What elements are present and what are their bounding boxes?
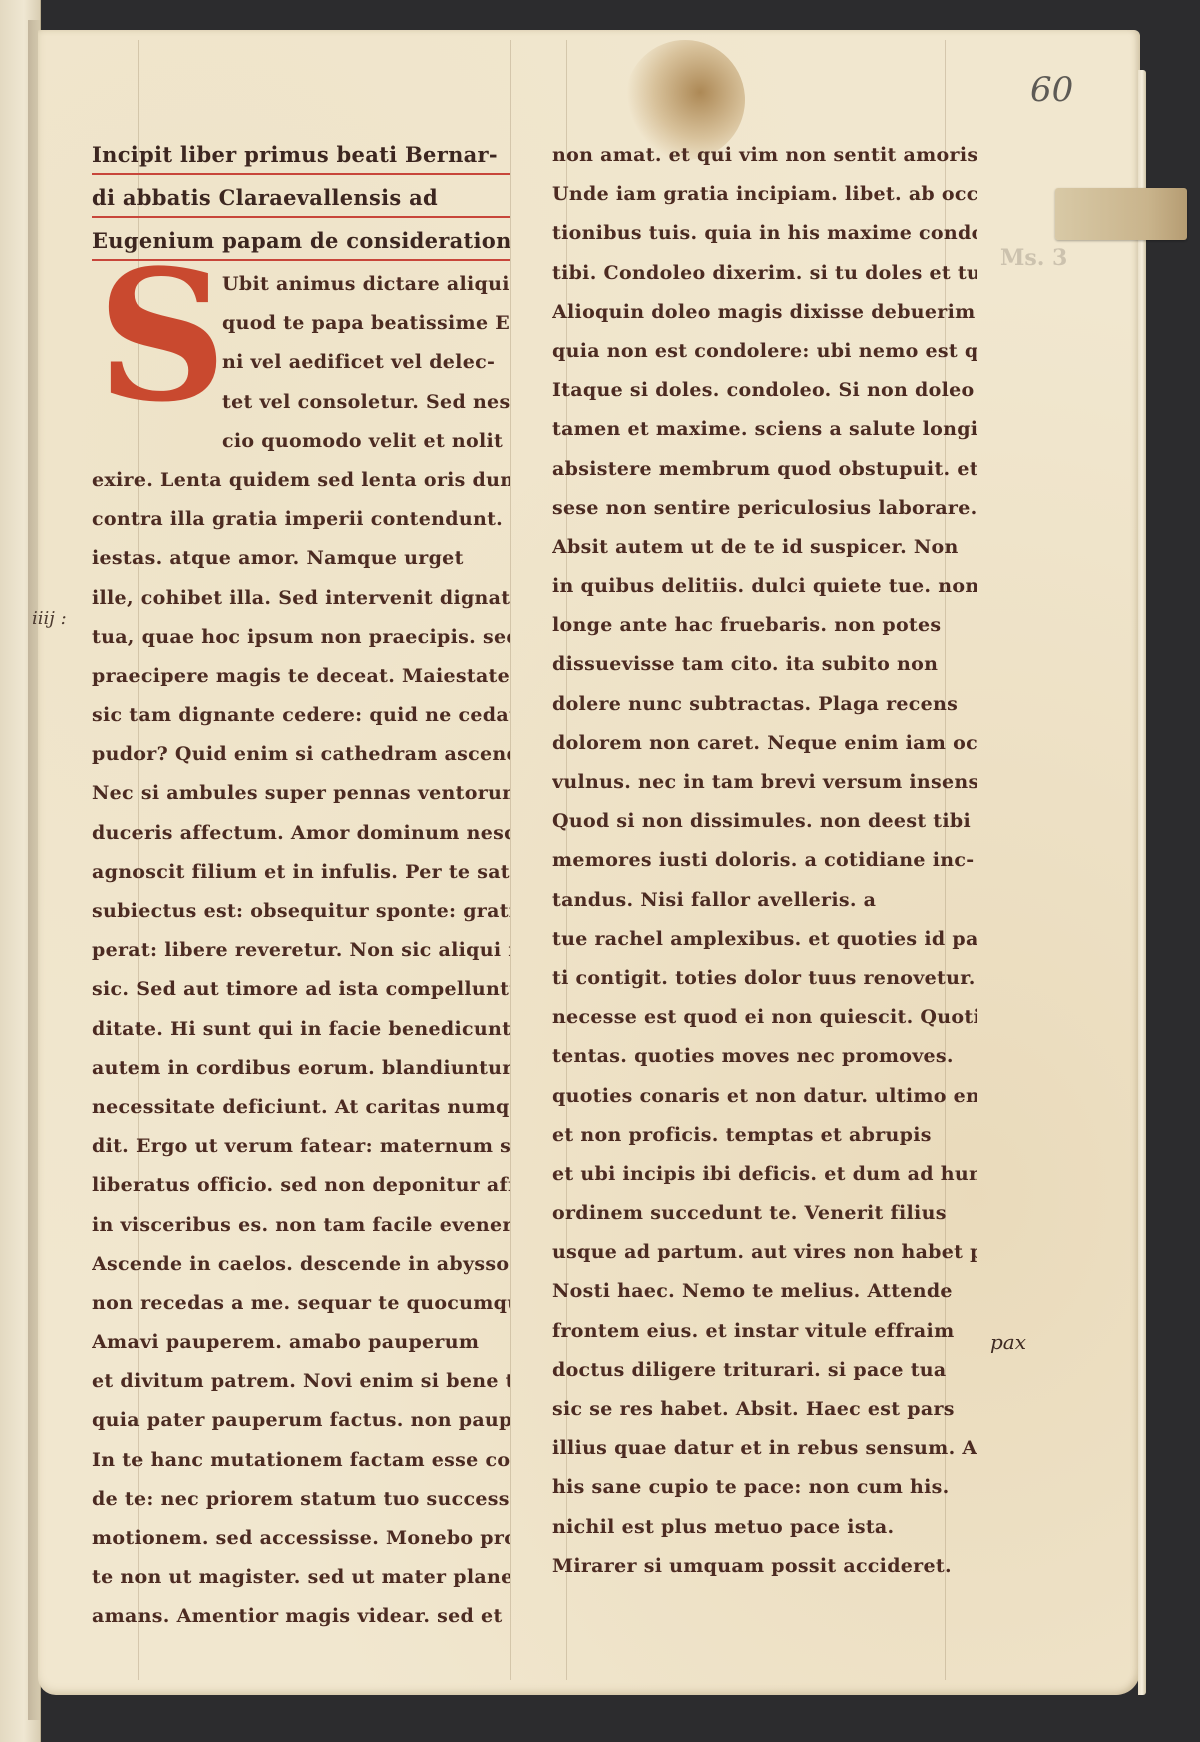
text-line: longe ante hac fruebaris. non potes — [552, 606, 977, 645]
right-column: non amat. et qui vim non sentit amoris. … — [552, 136, 977, 1586]
text-line: exire. Lenta quidem sed lenta oris dum — [92, 461, 510, 500]
text-line: contra illa gratia imperii contendunt. m… — [92, 500, 510, 539]
text-line: dolere nunc subtractas. Plaga recens — [552, 685, 977, 724]
text-line: subiectus est: obsequitur sponte: gratis… — [92, 892, 510, 931]
text-line: Amavi pauperem. amabo pauperum — [92, 1323, 510, 1362]
text-line: In te hanc mutationem factam esse confid… — [92, 1441, 510, 1480]
ghost-shelfmark: Ms. 3 — [1000, 245, 1067, 271]
incipit-title-line: Eugenium papam de consideratione. — [92, 222, 510, 261]
text-line: autem in cordibus eorum. blandiuntur cor… — [92, 1049, 510, 1088]
text-line: necessitate deficiunt. At caritas numqua… — [92, 1088, 510, 1127]
text-line: agnoscit filium et in infulis. Per te sa… — [92, 853, 510, 892]
text-line: et non proficis. temptas et abrupis — [552, 1116, 977, 1155]
text-line: Absit autem ut de te id suspicer. Non — [552, 528, 977, 567]
text-line: et divitum patrem. Novi enim si bene te … — [92, 1362, 510, 1401]
text-line: necesse est quod ei non quiescit. Quotie… — [552, 998, 977, 1037]
text-line: absistere membrum quod obstupuit. et aeg… — [552, 450, 977, 489]
text-line: Ubit animus dictare aliquid — [92, 265, 510, 304]
text-line: Nec si ambules super pennas ventorum sub… — [92, 774, 510, 813]
text-line: quia non est condolere: ubi nemo est qui… — [552, 332, 977, 371]
text-line: liberatus officio. sed non deponitur aff… — [92, 1166, 510, 1205]
text-line: vulnus. nec in tam brevi versum insensib… — [552, 763, 977, 802]
text-line: frontem eius. et instar vitule effraim — [552, 1312, 977, 1351]
lower-margin — [38, 1520, 1140, 1700]
text-line: illius quae datur et in rebus sensum. Ab — [552, 1429, 977, 1468]
text-line: sic. Sed aut timore ad ista compelluntur… — [92, 970, 510, 1009]
folio-number: 60 — [1030, 70, 1073, 110]
text-line: ni vel aedificet vel delec- — [92, 343, 510, 382]
text-line: de te: nec priorem statum tuo successiss… — [92, 1480, 510, 1519]
text-line: dit. Ergo ut verum fatear: maternum sum — [92, 1127, 510, 1166]
text-line: quod te papa beatissime Euge- — [92, 304, 510, 343]
text-line: perat: libere reveretur. Non sic aliqui … — [92, 931, 510, 970]
text-line: Unde iam gratia incipiam. libet. ab occu… — [552, 175, 977, 214]
text-line: in quibus delitiis. dulci quiete tue. no… — [552, 567, 977, 606]
text-line: dolorem non caret. Neque enim iam occall… — [552, 724, 977, 763]
marginal-note-left: iiij : — [32, 608, 67, 629]
left-column: Incipit liber primus beati Bernar- di ab… — [92, 136, 510, 1637]
text-line: tionibus tuis. quia in his maxime condol… — [552, 214, 977, 253]
text-line: Quod si non dissimules. non deest tibi u… — [552, 802, 977, 841]
text-line: tamen et maxime. sciens a salute longius — [552, 410, 977, 449]
text-line: Itaque si doles. condoleo. Si non doleo — [552, 371, 977, 410]
text-line: tandus. Nisi fallor avelleris. a — [552, 881, 977, 920]
text-line: tentas. quoties moves nec promoves. — [552, 1037, 977, 1076]
text-line: tibi. Condoleo dixerim. si tu doles et t… — [552, 254, 977, 293]
text-line: et ubi incipis ibi deficis. et dum ad hu… — [552, 1155, 977, 1194]
text-line: Nosti haec. Nemo te melius. Attende — [552, 1272, 977, 1311]
text-line: Alioquin doleo magis dixisse debuerim. — [552, 293, 977, 332]
text-line: tue rachel amplexibus. et quoties id pa- — [552, 920, 977, 959]
text-line: non recedas a me. sequar te quocumque ie… — [92, 1284, 510, 1323]
text-line: ti contigit. toties dolor tuus renovetur… — [552, 959, 977, 998]
text-line: praecipere magis te deceat. Maiestate — [92, 657, 510, 696]
text-line: doctus diligere triturari. si pace tua — [552, 1351, 977, 1390]
page-fore-edge — [1138, 70, 1146, 1695]
text-line: Ascende in caelos. descende in abyssos. — [92, 1245, 510, 1284]
text-line: ditate. Hi sunt qui in facie benedicunt.… — [92, 1010, 510, 1049]
parchment-tab-marker[interactable] — [1055, 188, 1187, 240]
text-line: pudor? Quid enim si cathedram ascendisti… — [92, 735, 510, 774]
text-line: sic tam dignante cedere: quid ne cedat — [92, 696, 510, 735]
text-line: quia pater pauperum factus. non pauper s… — [92, 1401, 510, 1440]
text-line: cio quomodo velit et nolit — [92, 422, 510, 461]
text-line: tet vel consoletur. Sed nes- — [92, 383, 510, 422]
text-line: ille, cohibet illa. Sed intervenit digna… — [92, 579, 510, 618]
ruling-line — [510, 40, 511, 1680]
text-line: iestas. atque amor. Namque urget — [92, 539, 510, 578]
text-line: non amat. et qui vim non sentit amoris. — [552, 136, 977, 175]
text-line: ordinem succedunt te. Venerit filius — [552, 1194, 977, 1233]
incipit-title-line: Incipit liber primus beati Bernar- — [92, 136, 510, 175]
incipit-title-line: di abbatis Claraevallensis ad — [92, 179, 510, 218]
text-line: dissuevisse tam cito. ita subito non — [552, 645, 977, 684]
marginal-note-pax: pax — [990, 1330, 1026, 1354]
text-line: tua, quae hoc ipsum non praecipis. sed p… — [92, 618, 510, 657]
text-line: sese non sentire periculosius laborare. — [552, 489, 977, 528]
text-line: his sane cupio te pace: non cum his. — [552, 1468, 977, 1507]
text-line: usque ad partum. aut vires non habet par… — [552, 1233, 977, 1272]
text-line: sic se res habet. Absit. Haec est pars — [552, 1390, 977, 1429]
text-line: duceris affectum. Amor dominum nescit. — [92, 814, 510, 853]
text-line: quoties conaris et non datur. ultimo eni… — [552, 1077, 977, 1116]
text-line: memores iusti doloris. a cotidiane inc- — [552, 841, 977, 880]
text-line: in visceribus es. non tam facile eveneri… — [92, 1206, 510, 1245]
